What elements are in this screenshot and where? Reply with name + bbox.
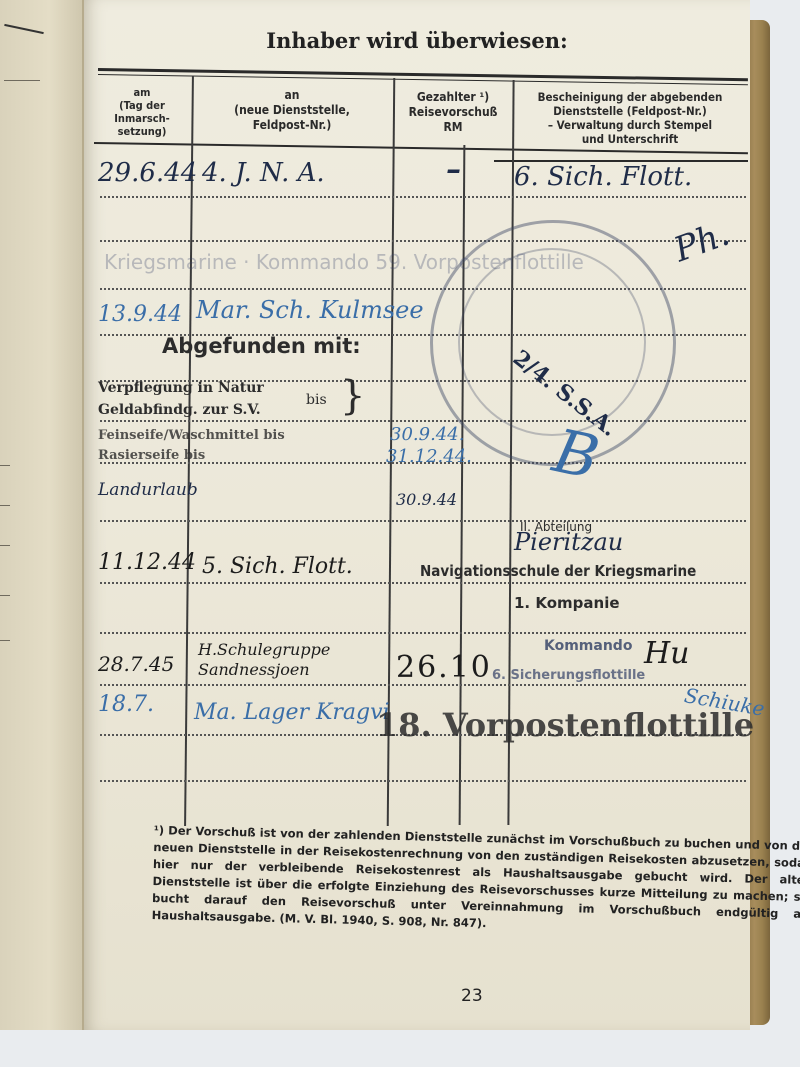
row-line — [100, 240, 746, 242]
left-page-rule — [0, 465, 10, 466]
footnote: ¹) Der Vorschuß ist von der zahlenden Di… — [152, 822, 800, 940]
left-page-rule — [4, 24, 44, 34]
row5-unit: Ma. Lager Kragvi — [194, 700, 390, 725]
abgefunden-heading: Abgefunden mit: — [162, 334, 361, 358]
page-title: Inhaber wird überwiesen: — [84, 28, 750, 53]
abgefunden-value-feinseife: 30.9.44. — [390, 424, 464, 445]
row-line — [100, 420, 746, 422]
row1-unit: 4. J. N. A. — [202, 158, 325, 188]
navigation-stamp-line2: Navigationsschule der Kriegsmarine — [420, 562, 696, 580]
column-header-date: am (Tag der Inmarsch- setzung) — [98, 86, 186, 138]
row-line — [100, 632, 746, 634]
left-facing-page — [0, 0, 84, 1030]
row2-date: 13.9.44 — [98, 302, 182, 327]
row-line — [100, 520, 746, 522]
left-page-rule — [0, 545, 10, 546]
vorposten-stamp: 18. Vorpostenflottille — [376, 706, 754, 744]
bis-label: bis — [306, 392, 327, 408]
signature-4: Hu — [644, 636, 689, 671]
row3-unit: 5. Sich. Flott. — [202, 554, 353, 579]
brace: } — [340, 376, 365, 416]
round-stamp-inner — [458, 248, 646, 436]
kommando-stamp: Kommando — [544, 638, 632, 654]
left-page-rule — [0, 595, 10, 596]
row4-advance: 26.10 — [396, 650, 492, 685]
row1-advance: – — [446, 152, 461, 187]
row1-certification: 6. Sich. Flott. — [514, 162, 692, 192]
row-line — [100, 582, 746, 584]
navigation-stamp-line3: 1. Kompanie — [514, 594, 620, 612]
sicherung-stamp: 6. Sicherungsflottille — [492, 668, 645, 683]
abgefunden-label-feinseife: Feinseife/Waschmittel bis — [98, 428, 285, 443]
left-page-rule — [4, 80, 40, 81]
abgefunden-label-landurlaub: Landurlaub — [98, 480, 198, 500]
abgefunden-value-landurlaub: 30.9.44 — [396, 490, 457, 509]
row4-date: 28.7.45 — [98, 652, 174, 676]
row1-date: 29.6.44 — [98, 158, 197, 188]
document-page: Inhaber wird überwiesen: am (Tag der Inm… — [84, 0, 750, 1030]
column-header-unit: an (neue Dienststelle, Feldpost-Nr.) — [194, 88, 390, 133]
row3-date: 11.12.44 — [98, 550, 196, 575]
abgefunden-label-geldabfindung: Geldabfindg. zur S.V. — [98, 402, 261, 418]
row-line — [100, 196, 746, 198]
faded-stamp-text: Kriegsmarine · Kommando 59. Vorpostenflo… — [104, 250, 584, 274]
signature-1: Ph. — [669, 214, 735, 271]
abgefunden-label-rasierseife: Rasierseife bis — [98, 448, 205, 463]
abgefunden-label-verpflegung: Verpflegung in Natur — [98, 380, 264, 396]
abgefunden-value-rasierseife: 31.12.44. — [386, 446, 472, 467]
left-page-rule — [0, 505, 10, 506]
row-line — [100, 780, 746, 782]
navigation-stamp-line1: II. Abteilung — [520, 520, 592, 534]
page-number: 23 — [461, 986, 483, 1006]
left-page-rule — [0, 640, 10, 641]
row5-date: 18.7. — [98, 692, 154, 717]
column-header-advance: Gezahlter ¹) Reisevorschuß RM — [396, 90, 510, 135]
column-header-certification: Bescheinigung der abgebenden Dienststell… — [512, 90, 748, 146]
row2-unit: Mar. Sch. Kulmsee — [196, 296, 424, 324]
row4-unit: H.Schulegruppe Sandnessjoen — [198, 640, 388, 680]
